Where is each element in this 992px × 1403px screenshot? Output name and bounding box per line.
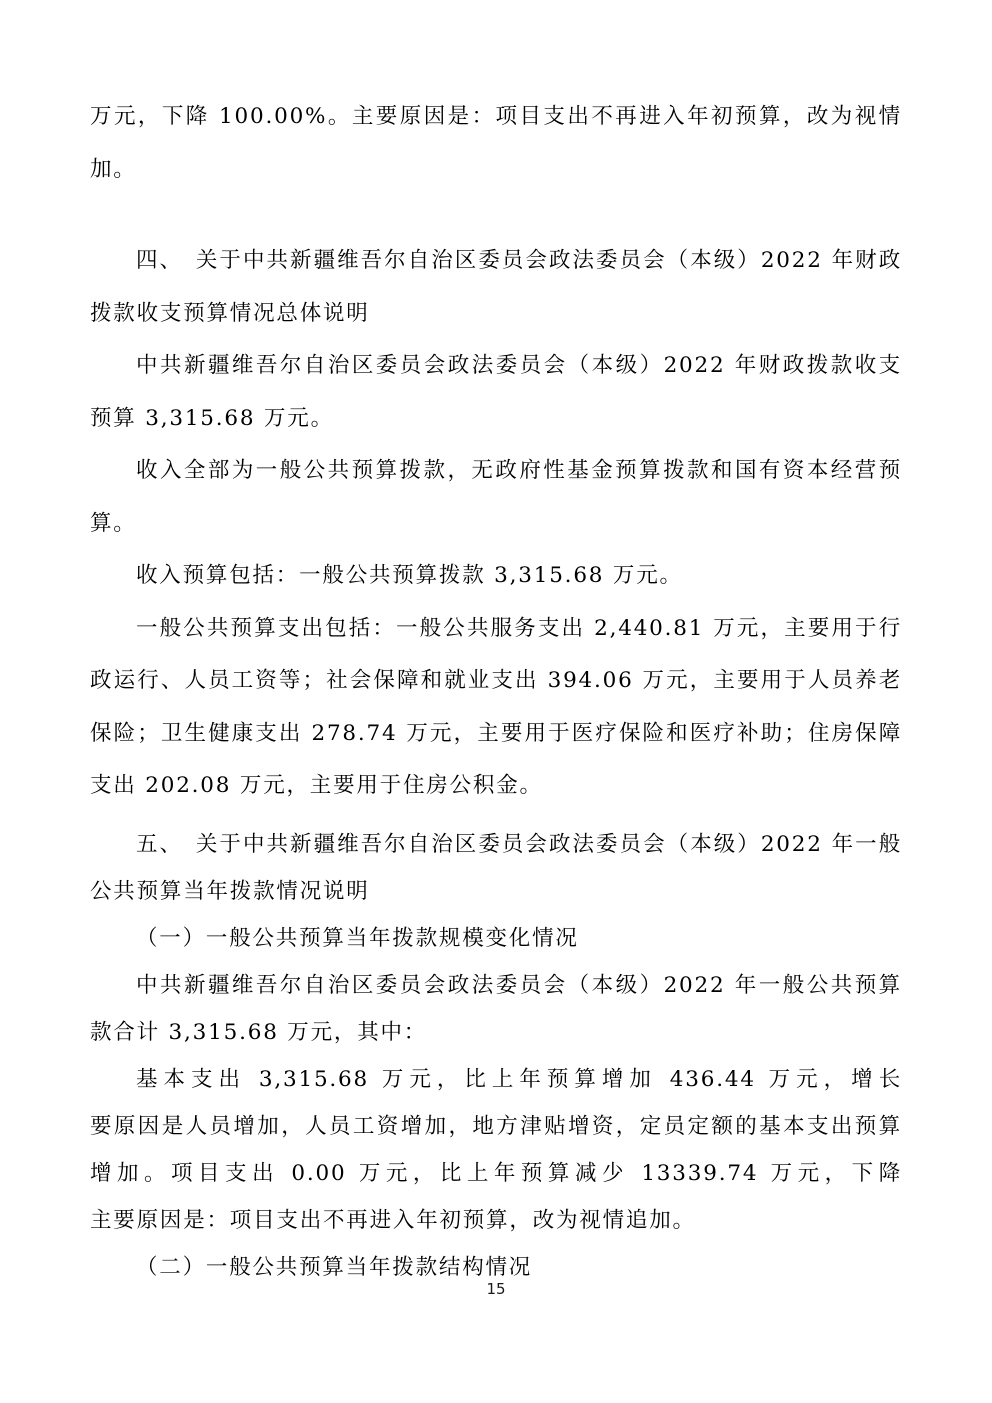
blank-line: [90, 196, 902, 235]
para-income-source-line-1: 收入全部为一般公共预算拨款，无政府性基金预算拨款和国有资本经营预: [90, 445, 902, 498]
para-expenditure-line-1: 一般公共预算支出包括：一般公共服务支出 2,440.81 万元，主要用于行: [90, 603, 902, 656]
para-appropriation-line-1: 中共新疆维吾尔自治区委员会政法委员会（本级）2022 年一般公共预算拨: [90, 962, 902, 1009]
section-4-heading-line-2: 拨款收支预算情况总体说明: [90, 288, 902, 341]
section-5-heading-line-1: 五、 关于中共新疆维吾尔自治区委员会政法委员会（本级）2022 年一般: [90, 821, 902, 868]
para-basic-expenditure-line-4: 主要原因是：项目支出不再进入年初预算，改为视情追加。: [90, 1197, 902, 1244]
para-continuation-line-2: 加。: [90, 144, 902, 197]
para-basic-expenditure-line-2: 要原因是人员增加，人员工资增加，地方津贴增资，定员定额的基本支出预算: [90, 1103, 902, 1150]
document-content: 万元，下降 100.00%。主要原因是：项目支出不再进入年初预算，改为视情追 加…: [90, 91, 902, 1291]
para-expenditure-line-2: 政运行、人员工资等；社会保障和就业支出 394.06 万元，主要用于人员养老: [90, 655, 902, 708]
document-page: 万元，下降 100.00%。主要原因是：项目支出不再进入年初预算，改为视情追 加…: [0, 0, 992, 1403]
para-expenditure-line-4: 支出 202.08 万元，主要用于住房公积金。: [90, 760, 902, 813]
document-body-lower: 五、 关于中共新疆维吾尔自治区委员会政法委员会（本级）2022 年一般 公共预算…: [90, 821, 902, 1291]
para-basic-expenditure-line-3: 增加。项目支出 0.00 万元，比上年预算减少 13339.74 万元，下降 1…: [90, 1150, 902, 1197]
para-continuation-line-1: 万元，下降 100.00%。主要原因是：项目支出不再进入年初预算，改为视情追: [90, 91, 902, 144]
para-total-budget-line-1: 中共新疆维吾尔自治区委员会政法委员会（本级）2022 年财政拨款收支总: [90, 340, 902, 393]
para-expenditure-line-3: 保险；卫生健康支出 278.74 万元，主要用于医疗保险和医疗补助；住房保障: [90, 708, 902, 761]
para-basic-expenditure-line-1: 基本支出 3,315.68 万元，比上年预算增加 436.44 万元，增长 15…: [90, 1056, 902, 1103]
section-5-heading-line-2: 公共预算当年拨款情况说明: [90, 868, 902, 915]
section-4-heading-line-1: 四、 关于中共新疆维吾尔自治区委员会政法委员会（本级）2022 年财政: [90, 235, 902, 288]
page-number: 15: [0, 1278, 992, 1300]
para-income-budget-line-1: 收入预算包括：一般公共预算拨款 3,315.68 万元。: [90, 550, 902, 603]
para-income-source-line-2: 算。: [90, 498, 902, 551]
para-total-budget-line-2: 预算 3,315.68 万元。: [90, 393, 902, 446]
subsection-1-heading: （一）一般公共预算当年拨款规模变化情况: [90, 915, 902, 962]
document-body-upper: 万元，下降 100.00%。主要原因是：项目支出不再进入年初预算，改为视情追 加…: [90, 91, 902, 813]
para-appropriation-line-2: 款合计 3,315.68 万元，其中：: [90, 1009, 902, 1056]
